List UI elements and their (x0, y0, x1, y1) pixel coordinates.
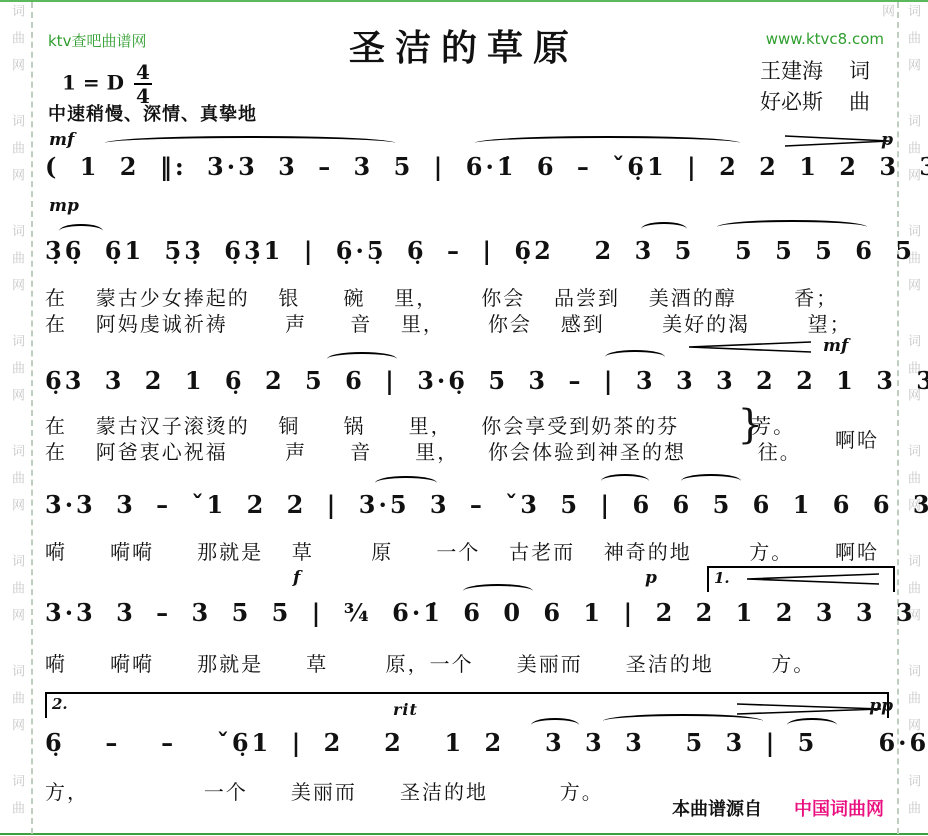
crescendo-hairpin (743, 572, 883, 586)
notation-line-3: 6̣3 3 2 1 6̣ 2 5 6 | 3·6̣ 5 3 – | 3 3 3 … (45, 366, 893, 395)
source-prefix: 本曲谱源自 (672, 799, 762, 820)
dynamic-mf: mf (823, 336, 848, 356)
decrescendo-hairpin (735, 702, 885, 716)
notation-line-6: 6̣ – – ˇ6̣1 | 2 2 1 2 3 3 3 5 3 | 5 6·6 … (45, 728, 893, 757)
ritardando-marking: rit (393, 700, 418, 719)
slur (475, 136, 740, 150)
lyricist-role: 词 (849, 59, 870, 83)
lyricist-name: 王建海 (760, 59, 823, 83)
right-dashed-divider (897, 2, 899, 834)
slur (681, 474, 741, 488)
slur (605, 350, 665, 364)
top-border-line (0, 0, 928, 2)
slur (601, 474, 649, 488)
notation-line-2: 3̣6̣ 6̣1 5̣3̣ 6̣3̣1 | 6̣·5̣ 6̣ – | 6̣2 2… (45, 236, 893, 265)
lyrics-verse1-line2: 在 蒙古汉子滚烫的 铜 锅 里， 你会享受到奶茶的芬 芳。 (45, 410, 893, 439)
volta-2-label: 2. (52, 695, 68, 713)
composer-role: 曲 (849, 90, 870, 114)
lyrics-line-4: 嗬 嗬嗬 那就是 草 原，一个 美丽而 圣洁的地 方。 (45, 648, 893, 677)
slur (641, 222, 687, 236)
dynamic-mf: mf (49, 130, 74, 150)
source-site-link[interactable]: 中国词曲网 (794, 799, 884, 820)
music-system-5: f p 1. 3·3 3 – 3 5 5 | ¾ 6·1̇ 6 0 6 1 | … (45, 566, 893, 688)
composer-line: 好必斯曲 (760, 87, 870, 118)
source-attribution: 本曲谱源自中国词曲网 (672, 795, 884, 821)
slur (375, 476, 437, 490)
notation-line-1: ( 1 2 ‖: 3·3 3 – 3 5 | 6·1̇ 6 – ˇ6̣1 | 2… (45, 152, 893, 181)
bottom-border-line (0, 833, 928, 835)
lyrics-line-3: 嗬 嗬嗬 那就是 草 原 一个 古老而 神奇的地 方。 (45, 536, 893, 565)
left-dashed-divider (31, 2, 33, 834)
lyrics-verse2-line2: 在 阿爸衷心祝福 声 音 里， 你会体验到神圣的想 往。 (45, 436, 893, 465)
slur (717, 220, 867, 234)
slur (463, 584, 533, 598)
dynamic-p: p (645, 568, 657, 588)
exclamation-a-ha: 啊哈 (835, 424, 879, 453)
slur (603, 714, 763, 728)
credits: 王建海词 好必斯曲 (760, 56, 870, 118)
notation-line-5: 3·3 3 – 3 5 5 | ¾ 6·1̇ 6 0 6 1 | 2 2 1 2… (45, 598, 893, 627)
lyrics-verse2-line1: 在 阿妈虔诚祈祷 声 音 里， 你会 感到 美好的渴 望； (45, 308, 893, 337)
lyrics-brace: } (738, 402, 763, 448)
dynamic-f: f (293, 568, 300, 588)
slur (327, 352, 397, 366)
lyrics-verse1-line1: 在 蒙古少女捧起的 银 碗 里， 你会 品尝到 美酒的醇 香； (45, 282, 893, 311)
dynamic-p: p (881, 130, 893, 150)
exclamation-a-ha: 啊哈 (835, 536, 879, 565)
dynamic-mp: mp (49, 196, 79, 216)
volta-bracket-1: 1. (707, 566, 895, 592)
music-system-3: mf 6̣3 3 2 1 6̣ 2 5 6 | 3·6̣ 5 3 – | 3 3… (45, 340, 893, 472)
crescendo-hairpin (685, 340, 815, 354)
dynamic-pp: pp (869, 696, 893, 716)
tempo-marking: 中速稍慢、深情、真挚地 (48, 100, 257, 126)
slur (105, 136, 395, 150)
watermark-right: 词曲网 词曲网 词曲网 词曲网 词曲网 词曲网 词曲网 词曲网 (899, 4, 925, 832)
watermark-left: 词曲网 词曲网 词曲网 词曲网 词曲网 词曲网 词曲网 词曲网 (3, 4, 29, 832)
notation-line-4: 3·3 3 – ˇ1 2 2 | 3·5 3 – ˇ3 5 | 6 6 5 6 … (45, 490, 893, 519)
composer-name: 好必斯 (760, 90, 823, 114)
key-label: 1 = D (62, 71, 124, 95)
music-system-1: mf p ( 1 2 ‖: 3·3 3 – 3 5 | 6·1̇ 6 – ˇ6̣… (45, 130, 893, 194)
decrescendo-hairpin (783, 134, 893, 148)
lyricist-line: 王建海词 (760, 56, 870, 87)
music-system-6: 2. rit pp 6̣ – – ˇ6̣1 | 2 2 1 2 3 3 3 5 … (45, 692, 893, 812)
music-system-2: mp 3̣6̣ 6̣1 5̣3̣ 6̣3̣1 | 6̣·5̣ 6̣ – | 6̣… (45, 196, 893, 328)
volta-1-label: 1. (714, 569, 730, 587)
sheet-music-page: 词曲网 词曲网 词曲网 词曲网 词曲网 词曲网 词曲网 词曲网 词曲网 词曲网 … (0, 0, 928, 836)
music-system-4: 3·3 3 – ˇ1 2 2 | 3·5 3 – ˇ3 5 | 6 6 5 6 … (45, 462, 893, 570)
